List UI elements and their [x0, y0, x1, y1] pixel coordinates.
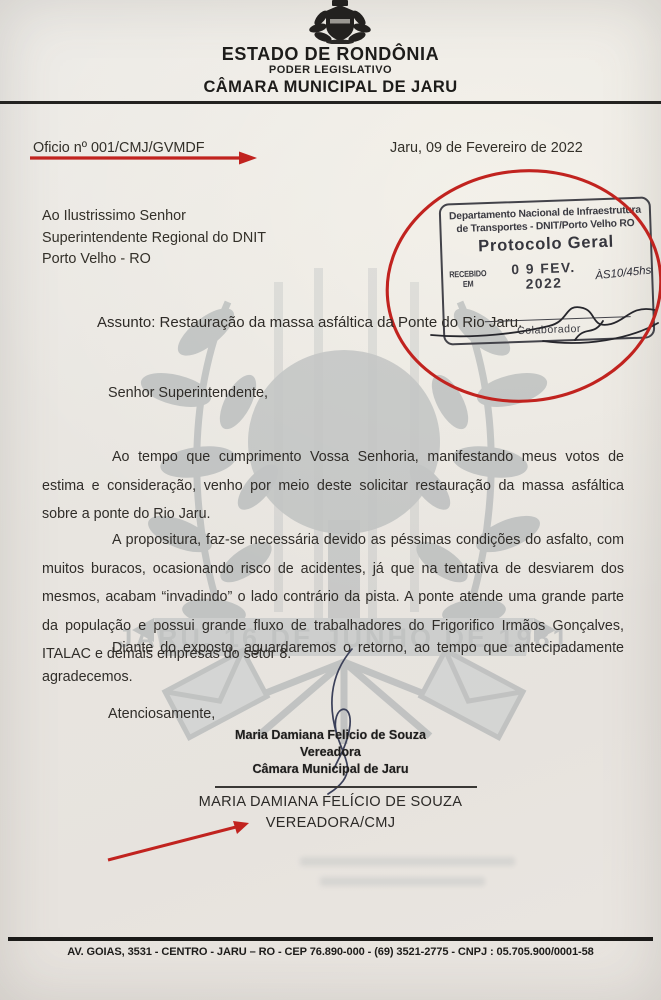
red-arrow-annotation [100, 812, 258, 867]
footer-divider [8, 937, 653, 941]
header-divider [0, 101, 661, 104]
footer-address: AV. GOIAS, 3531 - CENTRO - JARU – RO - C… [10, 946, 651, 958]
closing: Atenciosamente, [108, 706, 215, 722]
recipient-line: Ao Ilustrissimo Senhor [42, 206, 266, 228]
stamped-signature-org: Câmara Municipal de Jaru [0, 761, 661, 778]
bleed-through-mark [320, 877, 485, 886]
typed-signature-name: MARIA DAMIANA FELÍCIO DE SOUZA [0, 792, 661, 813]
signature-line [215, 786, 477, 788]
bleed-through-mark [300, 857, 515, 866]
dateline: Jaru, 09 de Fevereiro de 2022 [390, 140, 583, 156]
stamped-signature-block: Maria Damiana Felicio de Souza Vereadora… [0, 727, 661, 778]
header-branch: PODER LEGISLATIVO [0, 64, 661, 76]
stamped-signature-role: Vereadora [0, 744, 661, 761]
municipal-emblem-icon [305, 0, 375, 44]
recipient-line: Porto Velho - RO [42, 249, 266, 271]
scanned-letter-page: ESTADO DE RONDÔNIA PODER LEGISLATIVO CÂM… [0, 0, 661, 1000]
red-circle-annotation [376, 160, 661, 412]
recipient-block: Ao Ilustrissimo Senhor Superintendente R… [42, 206, 266, 271]
salutation: Senhor Superintendente, [108, 385, 268, 401]
stamped-signature-name: Maria Damiana Felicio de Souza [0, 727, 661, 744]
subject-line: Assunto: Restauração da massa asfáltica … [97, 314, 522, 331]
recipient-line: Superintendente Regional do DNIT [42, 228, 266, 250]
header-state: ESTADO DE RONDÔNIA [0, 44, 661, 65]
body-paragraph-1: Ao tempo que cumprimento Vossa Senhoria,… [42, 443, 624, 529]
red-underline-arrow-annotation [25, 148, 260, 168]
header-chamber: CÂMARA MUNICIPAL DE JARU [0, 78, 661, 97]
